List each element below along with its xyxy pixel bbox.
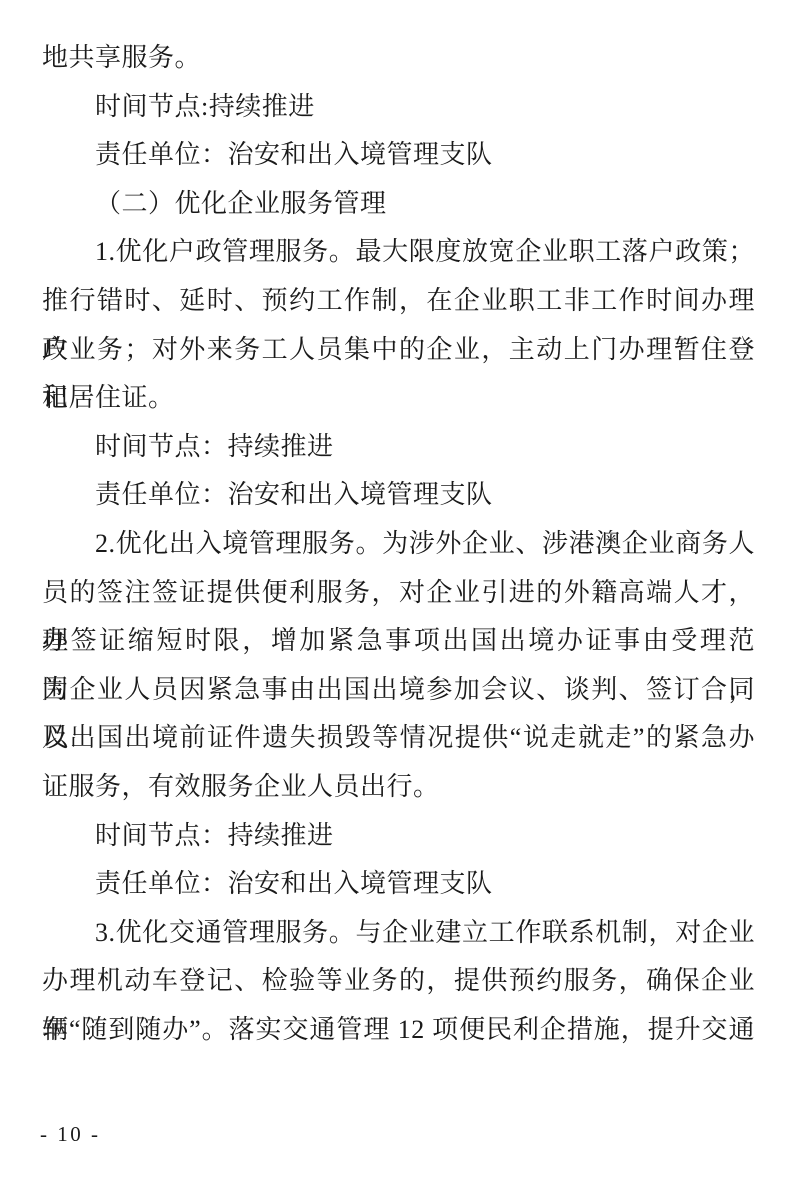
doc-line-responsible-unit: 责任单位：治安和出入境管理支队 xyxy=(42,131,755,180)
doc-line-time-node: 时间节点:持续推进 xyxy=(42,83,755,132)
doc-line-item-1: 1.优化户政管理服务。最大限度放宽企业职工落户政策； xyxy=(42,228,755,277)
doc-line: 辆“随到随办”。落实交通管理 12 项便民利企措施，提升交通 xyxy=(42,1006,755,1055)
document-page: 地共享服务。 时间节点:持续推进 责任单位：治安和出入境管理支队 （二）优化企业… xyxy=(0,0,800,1191)
doc-line-item-2: 2.优化出入境管理服务。为涉外企业、涉港澳企业商务人 xyxy=(42,520,755,569)
document-body: 地共享服务。 时间节点:持续推进 责任单位：治安和出入境管理支队 （二）优化企业… xyxy=(42,34,755,1054)
doc-line: 推行错时、延时、预约工作制，在企业职工非工作时间办理户 xyxy=(42,277,755,326)
doc-line-time-node: 时间节点：持续推进 xyxy=(42,423,755,472)
doc-line: 办理机动车登记、检验等业务的，提供预约服务，确保企业车 xyxy=(42,957,755,1006)
doc-line: 政业务；对外来务工人员集中的企业，主动上门办理暂住登记 xyxy=(42,326,755,375)
doc-line: 为企业人员因紧急事由出国出境参加会议、谈判、签订合同以 xyxy=(42,666,755,715)
doc-line: 理签证缩短时限，增加紧急事项出国出境办证事由受理范围， xyxy=(42,617,755,666)
doc-line: 地共享服务。 xyxy=(42,34,755,83)
doc-line: 和居住证。 xyxy=(42,374,755,423)
doc-line: 及出国出境前证件遗失损毁等情况提供“说走就走”的紧急办 xyxy=(42,714,755,763)
doc-line: 员的签注签证提供便利服务，对企业引进的外籍高端人才，办 xyxy=(42,569,755,618)
doc-line-time-node: 时间节点：持续推进 xyxy=(42,812,755,861)
doc-line-responsible-unit: 责任单位：治安和出入境管理支队 xyxy=(42,471,755,520)
page-number: - 10 - xyxy=(40,1122,101,1147)
section-heading: （二）优化企业服务管理 xyxy=(42,180,755,229)
doc-line-item-3: 3.优化交通管理服务。与企业建立工作联系机制，对企业 xyxy=(42,909,755,958)
doc-line: 证服务，有效服务企业人员出行。 xyxy=(42,763,755,812)
doc-line-responsible-unit: 责任单位：治安和出入境管理支队 xyxy=(42,860,755,909)
